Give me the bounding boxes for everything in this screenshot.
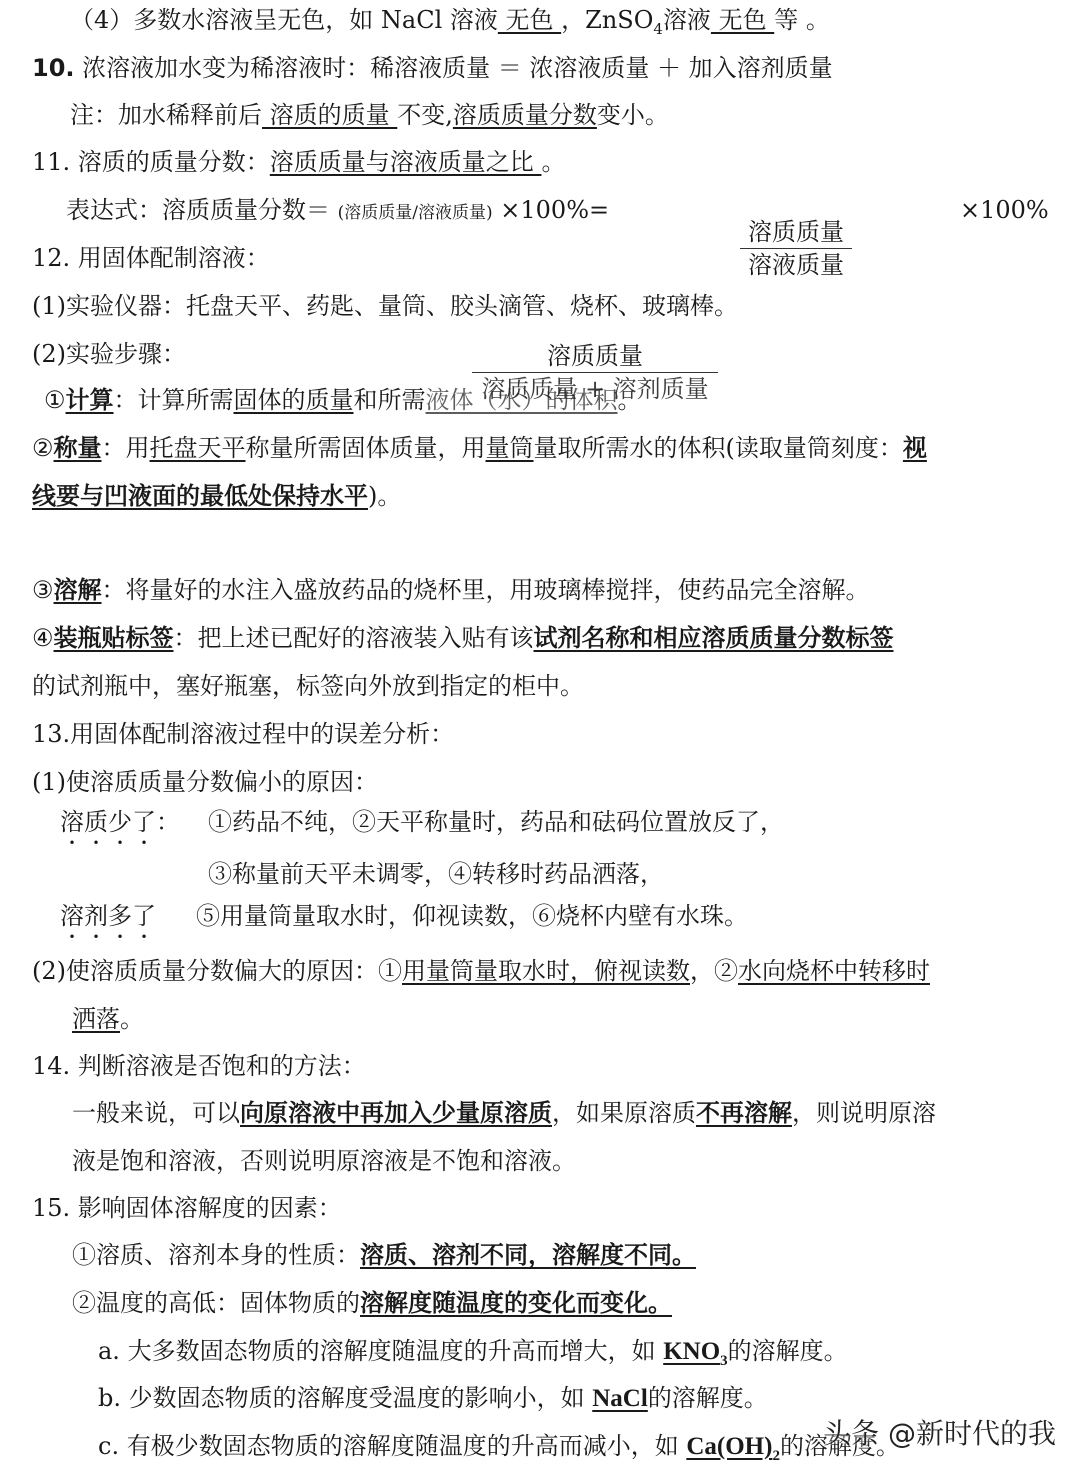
text: ：把上述已配好的溶液装入贴有该	[174, 624, 534, 652]
text: 不变,	[397, 101, 453, 129]
instruments-line: (1)实验仪器：托盘天平、药匙、量筒、胶头滴管、烧杯、玻璃棒。	[32, 290, 738, 322]
step-4-cont: 的试剂瓶中，塞好瓶塞，标签向外放到指定的柜中。	[32, 670, 584, 702]
text: 的溶解度。	[728, 1337, 848, 1365]
text: 变小。	[597, 101, 669, 129]
emphasis-text: 试剂名称和相应溶质质量分数标签	[534, 623, 894, 652]
blank-answer: 无色	[498, 6, 561, 34]
blank-answer: 溶质质量分数	[453, 101, 597, 129]
text: ①溶质、溶剂本身的性质：	[72, 1241, 360, 1269]
solvent-more-label: 溶剂多了	[60, 900, 156, 944]
blank-answer: 用量筒量取水时，俯视读数	[402, 957, 690, 985]
reasons-smaller-title: (1)使溶质质量分数偏小的原因：	[32, 766, 378, 798]
step-label: 计算	[66, 385, 114, 414]
emphasis-text: 向原溶液中再加入少量原溶质	[240, 1098, 552, 1127]
step-label: 溶解	[54, 575, 102, 604]
circled-number: ④	[32, 624, 54, 652]
text: 。	[120, 1005, 144, 1033]
blank-answer: 溶质质量与溶液质量之比	[270, 148, 542, 176]
reasons-a: ①药品不纯，②天平称量时，药品和砝码位置放反了，	[208, 806, 784, 838]
blank-answer: 量筒	[486, 434, 534, 462]
watermark: 头条 @新时代的我	[823, 1412, 1056, 1452]
text: 称量所需固体质量，用	[246, 434, 486, 462]
factor-2b: b. 少数固态物质的溶解度受温度的影响小，如 NaCl的溶解度。	[98, 1382, 768, 1415]
factor-2a: a. 大多数固态物质的溶解度随温度的升高而增大，如 KNO3的溶解度。	[98, 1335, 848, 1377]
fraction-numerator: 溶质质量	[472, 340, 718, 372]
emphasis-text: 不再溶解	[696, 1098, 792, 1127]
text: 。	[618, 386, 642, 414]
text: 的溶解度。	[648, 1384, 768, 1412]
text: a. 大多数固态物质的溶解度随温度的升高而增大，如	[98, 1337, 663, 1365]
saturation-method-cont: 液是饱和溶液，否则说明原溶液是不饱和溶液。	[72, 1145, 576, 1177]
text: 一般来说，可以	[72, 1099, 240, 1127]
text: (2)使溶质质量分数偏大的原因：①	[32, 957, 402, 985]
subscript: 2	[772, 1448, 780, 1464]
reasons-b: ③称量前天平未调零，④转移时药品洒落，	[208, 858, 664, 890]
chem-formula: KNO3	[663, 1338, 727, 1365]
blank-answer: 托盘天平	[150, 434, 246, 462]
emphasis-text: 视	[903, 433, 927, 462]
text: 等 。	[774, 6, 830, 34]
step-1-calculate: ①计算：计算所需固体的质量和所需液体（水）的体积。	[44, 384, 642, 416]
section-14-heading: 14. 判断溶液是否饱和的方法：	[32, 1050, 366, 1082]
saturation-method: 一般来说，可以向原溶液中再加入少量原溶质，如果原溶质不再溶解，则说明原溶	[72, 1097, 936, 1129]
reasons-c: ⑤用量筒量取水时，仰视读数，⑥烧杯内壁有水珠。	[196, 900, 748, 932]
text: 表达式：溶质质量分数＝	[66, 196, 338, 224]
subscript: 4	[653, 20, 663, 38]
text: 浓溶液加水变为稀溶液时：稀溶液质量 ＝ 浓溶液质量 ＋ 加入溶剂质量	[75, 54, 833, 82]
text: ，②	[690, 957, 738, 985]
text: 注：加水稀释前后	[70, 101, 262, 129]
reasons-larger: (2)使溶质质量分数偏大的原因：①用量筒量取水时，俯视读数，②水向烧杯中转移时	[32, 955, 930, 987]
subscript: 3	[720, 1353, 728, 1369]
text: ，则说明原溶	[792, 1099, 936, 1127]
chem-formula: NaCl	[592, 1385, 648, 1412]
step-label: 装瓶贴标签	[54, 623, 174, 652]
text: ②温度的高低：固体物质的	[72, 1289, 360, 1317]
formula-text: Ca(OH)	[686, 1433, 772, 1460]
emphasis-text: 溶质、溶剂不同，溶解度不同。	[360, 1240, 696, 1269]
blank-answer: 固体的质量	[234, 386, 354, 414]
text: ：将量好的水注入盛放药品的烧杯里，用玻璃棒搅拌，使药品完全溶解。	[102, 576, 870, 604]
item-4-line: （4）多数水溶液呈无色，如 NaCl 溶液 无色 ，ZnSO4溶液 无色 等 。	[70, 4, 830, 45]
section-12-heading: 12. 用固体配制溶液：	[32, 242, 270, 274]
text: 11. 溶质的质量分数：	[32, 148, 270, 176]
text: 量取所需水的体积(读取量筒刻度：	[534, 434, 903, 462]
circled-number: ③	[32, 576, 54, 604]
text: c. 有极少数固态物质的溶解度随温度的升高而减小，如	[98, 1432, 686, 1460]
fraction-solute-over-solution: 溶质质量 溶液质量	[740, 216, 852, 281]
steps-title: (2)实验步骤：	[32, 338, 186, 370]
fraction-denominator: 溶液质量	[740, 249, 852, 281]
section-10-note: 注：加水稀释前后 溶质的质量 不变,溶质质量分数变小。	[70, 99, 669, 131]
text: ：	[156, 808, 180, 836]
section-number: 10.	[32, 54, 75, 82]
category-label: 溶剂多了	[60, 902, 156, 930]
step-label: 称量	[54, 433, 102, 462]
category-label: 溶质少了	[60, 808, 156, 836]
factor-2c: c. 有极少数固态物质的溶解度随温度的升高而减小，如 Ca(OH)2的溶解度。	[98, 1430, 900, 1467]
fraction-numerator: 溶质质量	[740, 216, 852, 248]
solute-less-line: 溶质少了：	[60, 806, 180, 850]
step-4-bottle-label: ④装瓶贴标签：把上述已配好的溶液装入贴有该试剂名称和相应溶质质量分数标签	[32, 622, 894, 654]
formula-text: KNO	[663, 1338, 720, 1365]
section-13-heading: 13.用固体配制溶液过程中的误差分析：	[32, 718, 454, 750]
circled-number: ②	[32, 434, 54, 462]
text: ：计算所需	[114, 386, 234, 414]
step-2-weigh: ②称量：用托盘天平称量所需固体质量，用量筒量取所需水的体积(读取量筒刻度：视	[32, 432, 927, 464]
section-15-heading: 15. 影响固体溶解度的因素：	[32, 1192, 342, 1224]
formula-multiplier: ×100%	[960, 194, 1049, 226]
circled-number: ①	[44, 386, 66, 414]
emphasis-text: 线要与凹液面的最低处保持水平	[32, 481, 368, 510]
text: 溶液	[663, 6, 711, 34]
text: ：用	[102, 434, 150, 462]
text: （4）多数水溶液呈无色，如 NaCl 溶液	[70, 6, 498, 34]
formula-inline: (溶质质量/溶液质量)	[338, 203, 493, 223]
text: b. 少数固态物质的溶解度受温度的影响小，如	[98, 1384, 592, 1412]
reasons-larger-cont: 洒落。	[72, 1003, 144, 1035]
text: ，如果原溶质	[552, 1099, 696, 1127]
factor-2: ②温度的高低：固体物质的溶解度随温度的变化而变化。	[72, 1287, 672, 1319]
blank-answer: 洒落	[72, 1005, 120, 1033]
text: )。	[368, 482, 401, 510]
blank-answer: 液体（水）的体积	[426, 386, 618, 414]
formula-expression: 表达式：溶质质量分数＝ (溶质质量/溶液质量) ×100%=	[66, 194, 609, 229]
blank-answer: 溶质的质量	[262, 101, 397, 129]
blank-answer: 无色	[711, 6, 774, 34]
blank-answer: 水向烧杯中转移时	[738, 957, 930, 985]
section-11-heading: 11. 溶质的质量分数：溶质质量与溶液质量之比 。	[32, 146, 565, 178]
text: 。	[541, 148, 565, 176]
text: ×100%=	[493, 196, 609, 224]
section-10-heading: 10. 浓溶液加水变为稀溶液时：稀溶液质量 ＝ 浓溶液质量 ＋ 加入溶剂质量	[32, 52, 833, 84]
chem-formula: Ca(OH)2	[686, 1433, 780, 1460]
text: ，ZnSO	[561, 6, 653, 34]
step-3-dissolve: ③溶解：将量好的水注入盛放药品的烧杯里，用玻璃棒搅拌，使药品完全溶解。	[32, 574, 870, 606]
factor-1: ①溶质、溶剂本身的性质：溶质、溶剂不同，溶解度不同。	[72, 1239, 696, 1271]
text: 和所需	[354, 386, 426, 414]
emphasis-text: 溶解度随温度的变化而变化。	[360, 1288, 672, 1317]
step-2-weigh-cont: 线要与凹液面的最低处保持水平)。	[32, 480, 401, 512]
